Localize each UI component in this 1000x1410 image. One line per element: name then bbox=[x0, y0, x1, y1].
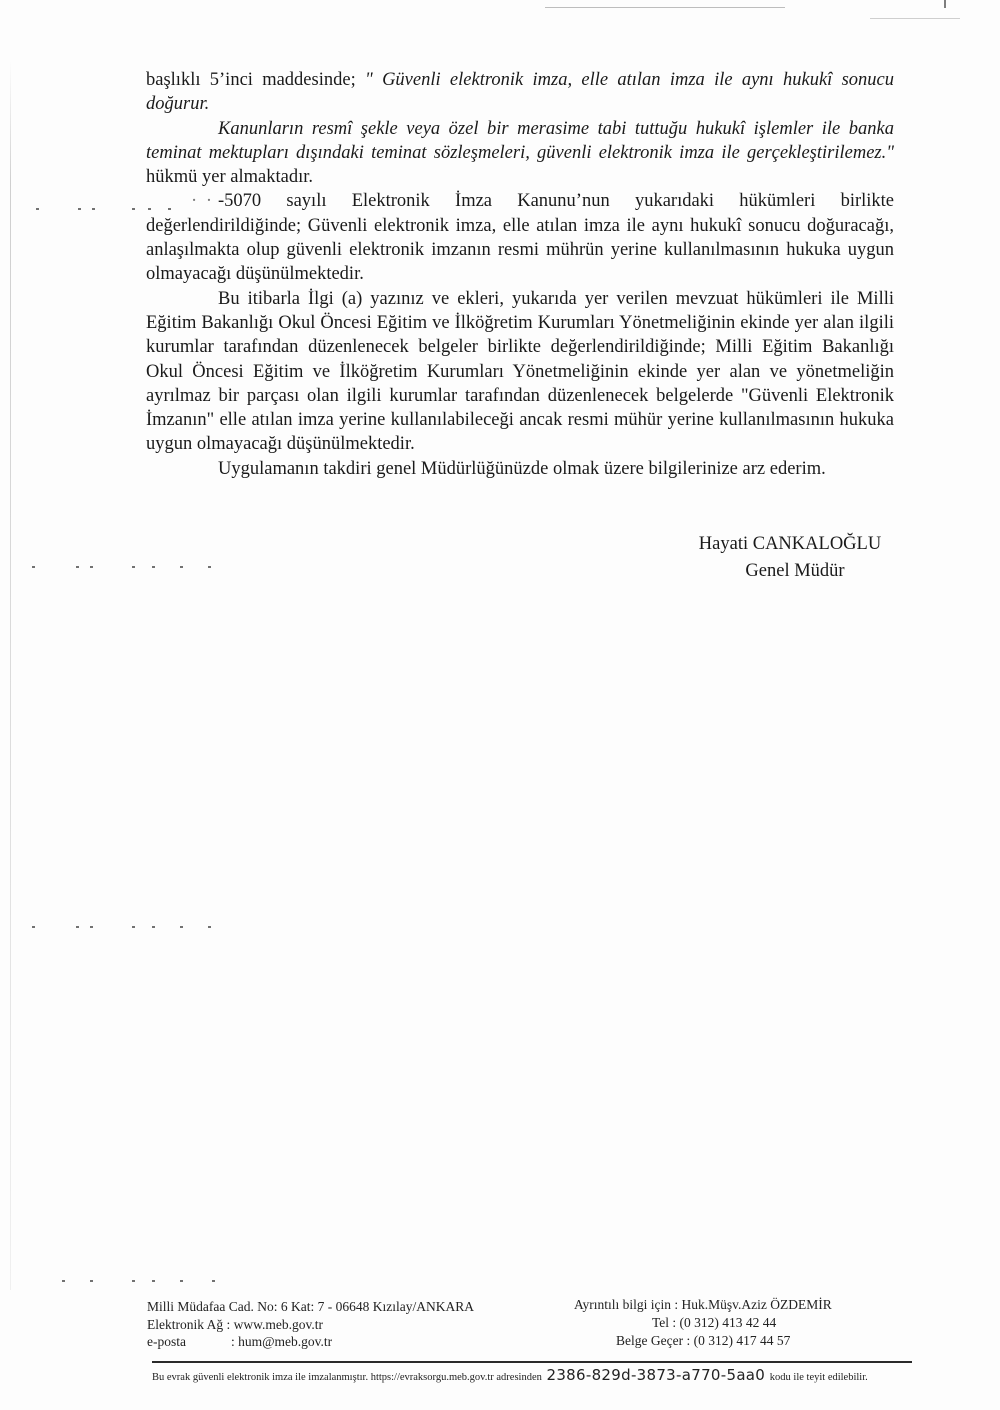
footer-fax: Belge Geçer : (0 312) 417 44 57 bbox=[568, 1332, 888, 1350]
punch-marks bbox=[28, 1280, 228, 1286]
footer-phone: Tel : (0 312) 413 42 44 bbox=[568, 1314, 888, 1332]
paragraph-text: başlıklı 5’inci maddesinde; bbox=[146, 70, 365, 90]
scan-top-line-artifact bbox=[870, 18, 960, 19]
footer-contact-block: Ayrıntılı bilgi için : Huk.Müşv.Aziz ÖZD… bbox=[568, 1296, 888, 1350]
verification-prefix: Bu evrak güvenli elektronik imza ile imz… bbox=[152, 1372, 542, 1383]
signatory-title: Genel Müdür bbox=[640, 558, 930, 585]
punch-marks bbox=[28, 926, 228, 932]
paragraph-closing: Uygulamanın takdiri genel Müdürlüğünüzde… bbox=[146, 457, 894, 481]
letter-body: başlıklı 5’inci maddesinde; " Güvenli el… bbox=[146, 68, 894, 481]
footer-email-row: e-posta: hum@meb.gov.tr bbox=[147, 1333, 474, 1351]
paragraph-text: Uygulamanın takdiri genel Müdürlüğünüzde… bbox=[218, 459, 826, 479]
paragraph-conclusion: Bu itibarla İlgi (a) yazınız ve ekleri, … bbox=[146, 287, 894, 457]
punch-marks bbox=[28, 566, 228, 572]
paragraph-law-article: başlıklı 5’inci maddesinde; " Güvenli el… bbox=[146, 68, 894, 117]
signature-block: Hayati CANKALOĞLU Genel Müdür bbox=[640, 531, 930, 585]
signatory-name: Hayati CANKALOĞLU bbox=[640, 531, 930, 558]
document-page: başlıklı 5’inci maddesinde; " Güvenli el… bbox=[0, 0, 1000, 1410]
paragraph-evaluation: · ·-5070 sayılı Elektronik İmza Kanunu’n… bbox=[146, 189, 894, 286]
footer-contact-person: Ayrıntılı bilgi için : Huk.Müşv.Aziz ÖZD… bbox=[568, 1296, 888, 1314]
scan-top-tick-artifact bbox=[944, 0, 946, 8]
verification-suffix: kodu ile teyit edilebilir. bbox=[770, 1372, 868, 1383]
footer-email-label: e-posta bbox=[147, 1333, 231, 1351]
scan-top-line-artifact bbox=[545, 7, 785, 8]
footer-email-value[interactable]: : hum@meb.gov.tr bbox=[231, 1334, 332, 1349]
verification-notice: Bu evrak güvenli elektronik imza ile imz… bbox=[152, 1366, 912, 1384]
paragraph-text: -5070 sayılı Elektronik İmza Kanunu’nun … bbox=[146, 191, 894, 284]
paragraph-text: hükmü yer almaktadır. bbox=[146, 167, 313, 187]
footer-address: Milli Müdafaa Cad. No: 6 Kat: 7 - 06648 … bbox=[147, 1298, 474, 1316]
footer-address-block: Milli Müdafaa Cad. No: 6 Kat: 7 - 06648 … bbox=[147, 1298, 474, 1351]
scan-marks: · · bbox=[146, 189, 218, 213]
footer-web-label: Elektronik Ağ bbox=[147, 1317, 223, 1332]
footer-divider bbox=[152, 1361, 912, 1363]
footer-web-row: Elektronik Ağ : www.meb.gov.tr bbox=[147, 1316, 474, 1334]
quoted-law-text: Kanunların resmî şekle veya özel bir mer… bbox=[146, 119, 894, 163]
verification-code: 2386-829d-3873-a770-5aa0 bbox=[547, 1366, 766, 1384]
scan-edge-artifact bbox=[10, 60, 11, 1290]
paragraph-law-continuation: Kanunların resmî şekle veya özel bir mer… bbox=[146, 117, 894, 190]
paragraph-text: Bu itibarla İlgi (a) yazınız ve ekleri, … bbox=[146, 289, 894, 455]
footer-web-value[interactable]: : www.meb.gov.tr bbox=[227, 1317, 323, 1332]
